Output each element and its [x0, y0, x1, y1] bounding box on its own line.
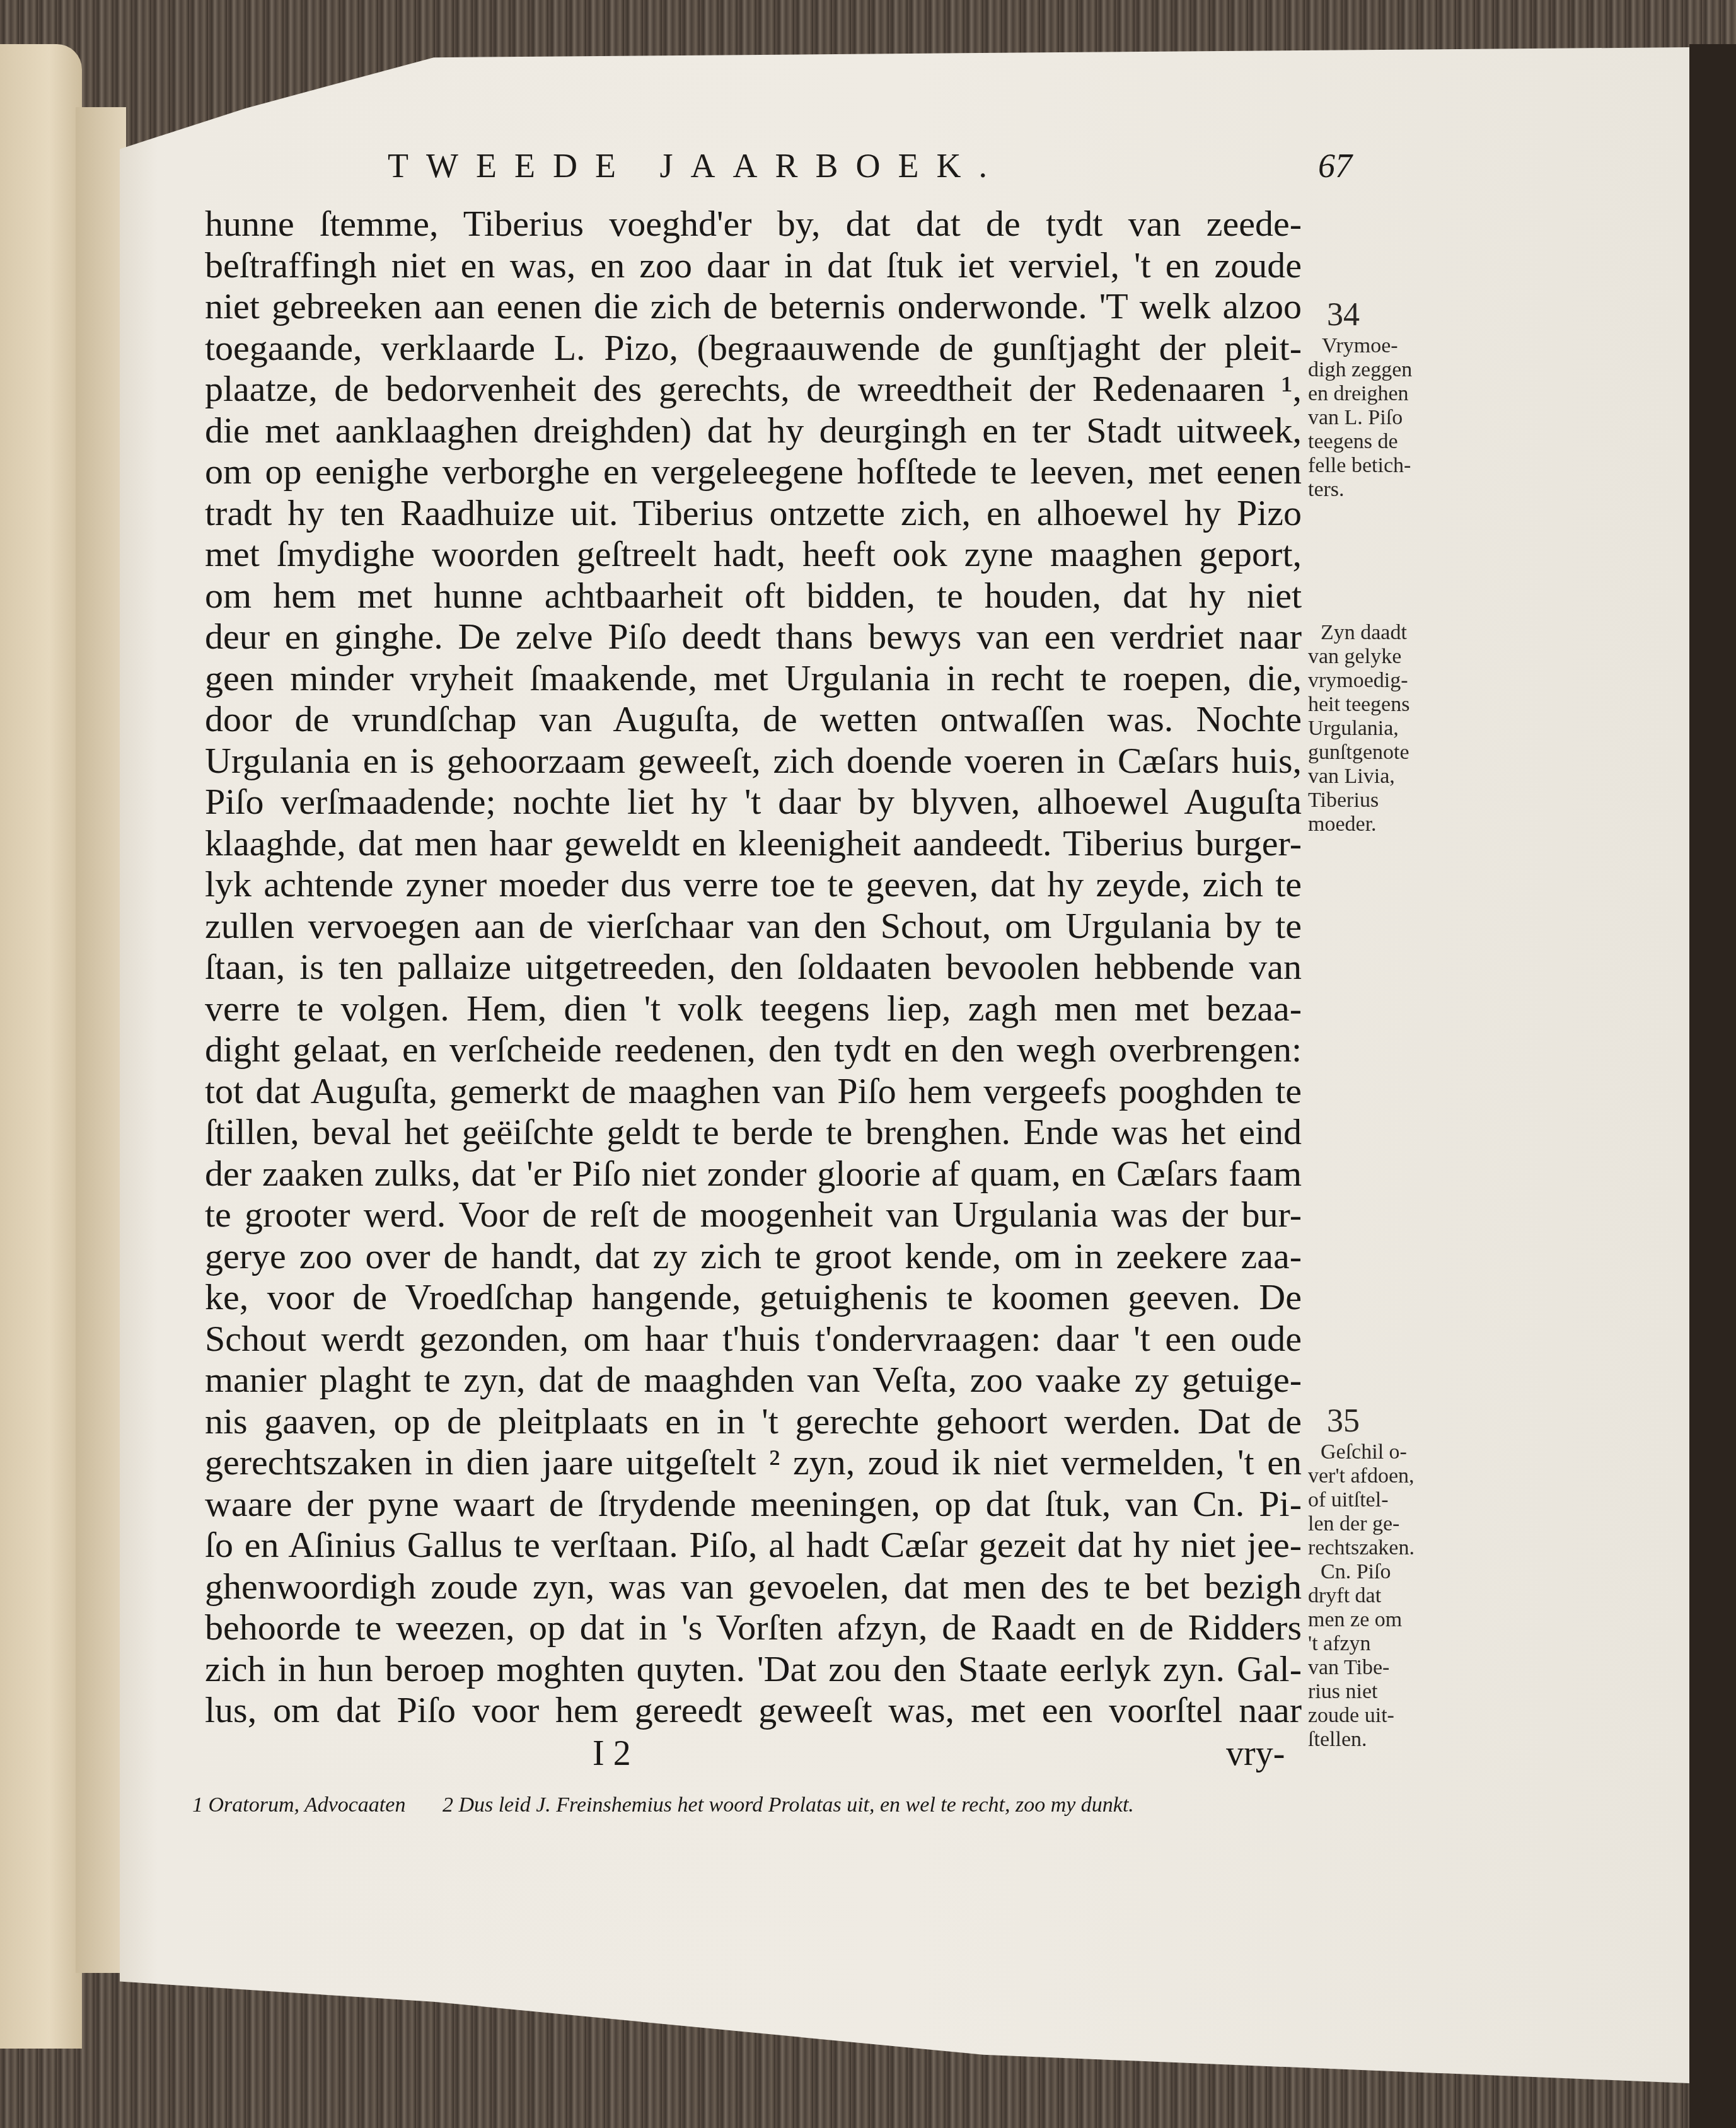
text-line: waare der pyne waart de ſtrydende meenin… — [205, 1483, 1302, 1525]
margin-line: van gelyke — [1308, 645, 1434, 669]
text-line: ſtaan, is ten pallaize uitgetreeden, den… — [205, 946, 1302, 988]
table-edge — [1689, 44, 1736, 2128]
margin-line: van Livia, — [1308, 765, 1434, 789]
text-line: toegaande, verklaarde L. Pizo, (begraauw… — [205, 327, 1302, 369]
text-line: ghenwoordigh zoude zyn, was van gevoelen… — [205, 1566, 1302, 1607]
margin-line: Vrymoe- — [1308, 334, 1434, 358]
margin-line: teegens de — [1308, 430, 1434, 454]
catchword: vry- — [1226, 1733, 1285, 1774]
text-line: om hem met hunne achtbaarheit oft bidden… — [205, 575, 1302, 616]
text-line: beſtraffingh niet en was, en zoo daar in… — [205, 245, 1302, 286]
text-line: plaatze, de bedorvenheit des gerechts, d… — [205, 368, 1302, 410]
text-line: tradt hy ten Raadhuize uit. Tiberius ont… — [205, 492, 1302, 534]
margin-line: zoude uit- — [1308, 1704, 1434, 1728]
marginal-note-urgulania: Zyn daadt van gelyke vrymoedig- heit tee… — [1308, 621, 1434, 836]
margin-line: rius niet — [1308, 1680, 1434, 1704]
text-line: ſtillen, beval het geëiſchte geldt te be… — [205, 1111, 1302, 1153]
margin-line: van Tibe- — [1308, 1656, 1434, 1680]
margin-line: gunſtgenote — [1308, 741, 1434, 765]
margin-line: Zyn daadt — [1308, 621, 1434, 645]
text-line: dight gelaat, en verſcheide reedenen, de… — [205, 1029, 1302, 1070]
margin-line: ver't afdoen, — [1308, 1464, 1434, 1488]
text-line: Urgulania en is gehoorzaam geweeſt, zich… — [205, 740, 1302, 782]
text-line: om op eenighe verborghe en vergeleegene … — [205, 451, 1302, 492]
left-page-edge — [0, 44, 82, 2049]
text-line: geen minder vryheit ſmaakende, met Urgul… — [205, 657, 1302, 699]
margin-line: dryft dat — [1308, 1584, 1434, 1608]
text-line: behoorde te weezen, op dat in 's Vorſten… — [205, 1607, 1302, 1648]
margin-line: van L. Piſo — [1308, 406, 1434, 430]
margin-line: Tiberius — [1308, 789, 1434, 812]
text-line: gerye zoo over de handt, dat zy zich te … — [205, 1235, 1302, 1277]
text-line: der zaaken zulks, dat 'er Piſo niet zond… — [205, 1153, 1302, 1194]
text-line: tot dat Auguſta, gemerkt de maaghen van … — [205, 1070, 1302, 1112]
margin-line: of uitſtel- — [1308, 1488, 1434, 1512]
body-text: hunne ſtemme, Tiberius voeghd'er by, dat… — [205, 203, 1302, 1731]
margin-line: Urgulania, — [1308, 717, 1434, 741]
text-line: die met aanklaaghen dreighden) dat hy de… — [205, 410, 1302, 451]
margin-line: len der ge- — [1308, 1512, 1434, 1536]
margin-line: men ze om — [1308, 1608, 1434, 1632]
text-line: te grooter werd. Voor de reſt de moogenh… — [205, 1194, 1302, 1235]
margin-line: moeder. — [1308, 812, 1434, 836]
text-line: zullen vervoegen aan de vierſchaar van d… — [205, 905, 1302, 947]
section-number: 34 — [1308, 296, 1434, 334]
text-line: klaaghde, dat men haar geweldt en kleeni… — [205, 823, 1302, 864]
page-header: TWEEDE JAARBOEK. 67 — [388, 146, 1352, 197]
running-title: TWEEDE JAARBOEK. — [388, 146, 1005, 185]
footnote-2: 2 Dus leid J. Freinshemius het woord Pro… — [443, 1793, 1134, 1817]
text-line: lus, om dat Piſo voor hem gereedt geweeſ… — [205, 1689, 1302, 1731]
margin-line: vrymoedig- — [1308, 669, 1434, 693]
margin-line: Cn. Piſo — [1308, 1560, 1434, 1584]
margin-line: Geſchil o- — [1308, 1440, 1434, 1464]
text-line: ſo en Aſinius Gallus te verſtaan. Piſo, … — [205, 1524, 1302, 1566]
margin-line: rechtszaken. — [1308, 1536, 1434, 1560]
text-line: lyk achtende zyner moeder dus verre toe … — [205, 864, 1302, 905]
marginal-note-34: 34 Vrymoe- digh zeggen en dreighen van L… — [1308, 296, 1434, 502]
text-line: gerechtszaken in dien jaare uitgeſtelt ²… — [205, 1442, 1302, 1483]
text-line: Piſo verſmaadende; nochte liet hy 't daa… — [205, 781, 1302, 823]
margin-line: heit teegens — [1308, 693, 1434, 717]
text-line: nis gaaven, op de pleitplaats en in 't g… — [205, 1401, 1302, 1442]
margin-line: felle betich- — [1308, 454, 1434, 478]
section-number: 35 — [1308, 1402, 1434, 1440]
text-line: niet gebreeken aan eenen die zich de bet… — [205, 286, 1302, 327]
page-number: 67 — [1318, 146, 1352, 185]
footnotes: 1 Oratorum, Advocaaten 2 Dus leid J. Fre… — [192, 1793, 1302, 1817]
text-line: verre te volgen. Hem, dien 't volk teege… — [205, 988, 1302, 1029]
text-line: zich in hun beroep moghten quyten. 'Dat … — [205, 1648, 1302, 1690]
margin-line: 't afzyn — [1308, 1632, 1434, 1656]
margin-line: digh zeggen — [1308, 358, 1434, 382]
book-gutter — [76, 107, 126, 1973]
marginal-note-35: 35 Geſchil o- ver't afdoen, of uitſtel- … — [1308, 1402, 1434, 1752]
margin-line: en dreighen — [1308, 382, 1434, 406]
text-line: ke, voor de Vroedſchap hangende, getuigh… — [205, 1276, 1302, 1318]
text-line: Schout werdt gezonden, om haar t'huis t'… — [205, 1318, 1302, 1360]
margin-line: ſtellen. — [1308, 1728, 1434, 1752]
text-line: deur en ginghe. De zelve Piſo deedt than… — [205, 616, 1302, 657]
text-line: met ſmydighe woorden geſtreelt hadt, hee… — [205, 533, 1302, 575]
text-line: hunne ſtemme, Tiberius voeghd'er by, dat… — [205, 203, 1302, 245]
margin-line: ters. — [1308, 478, 1434, 502]
text-line: manier plaght te zyn, dat de maaghden va… — [205, 1359, 1302, 1401]
signature-mark: I 2 — [593, 1733, 631, 1774]
footnote-1: 1 Oratorum, Advocaaten — [192, 1793, 405, 1817]
text-line: door de vrundſchap van Auguſta, de wette… — [205, 698, 1302, 740]
